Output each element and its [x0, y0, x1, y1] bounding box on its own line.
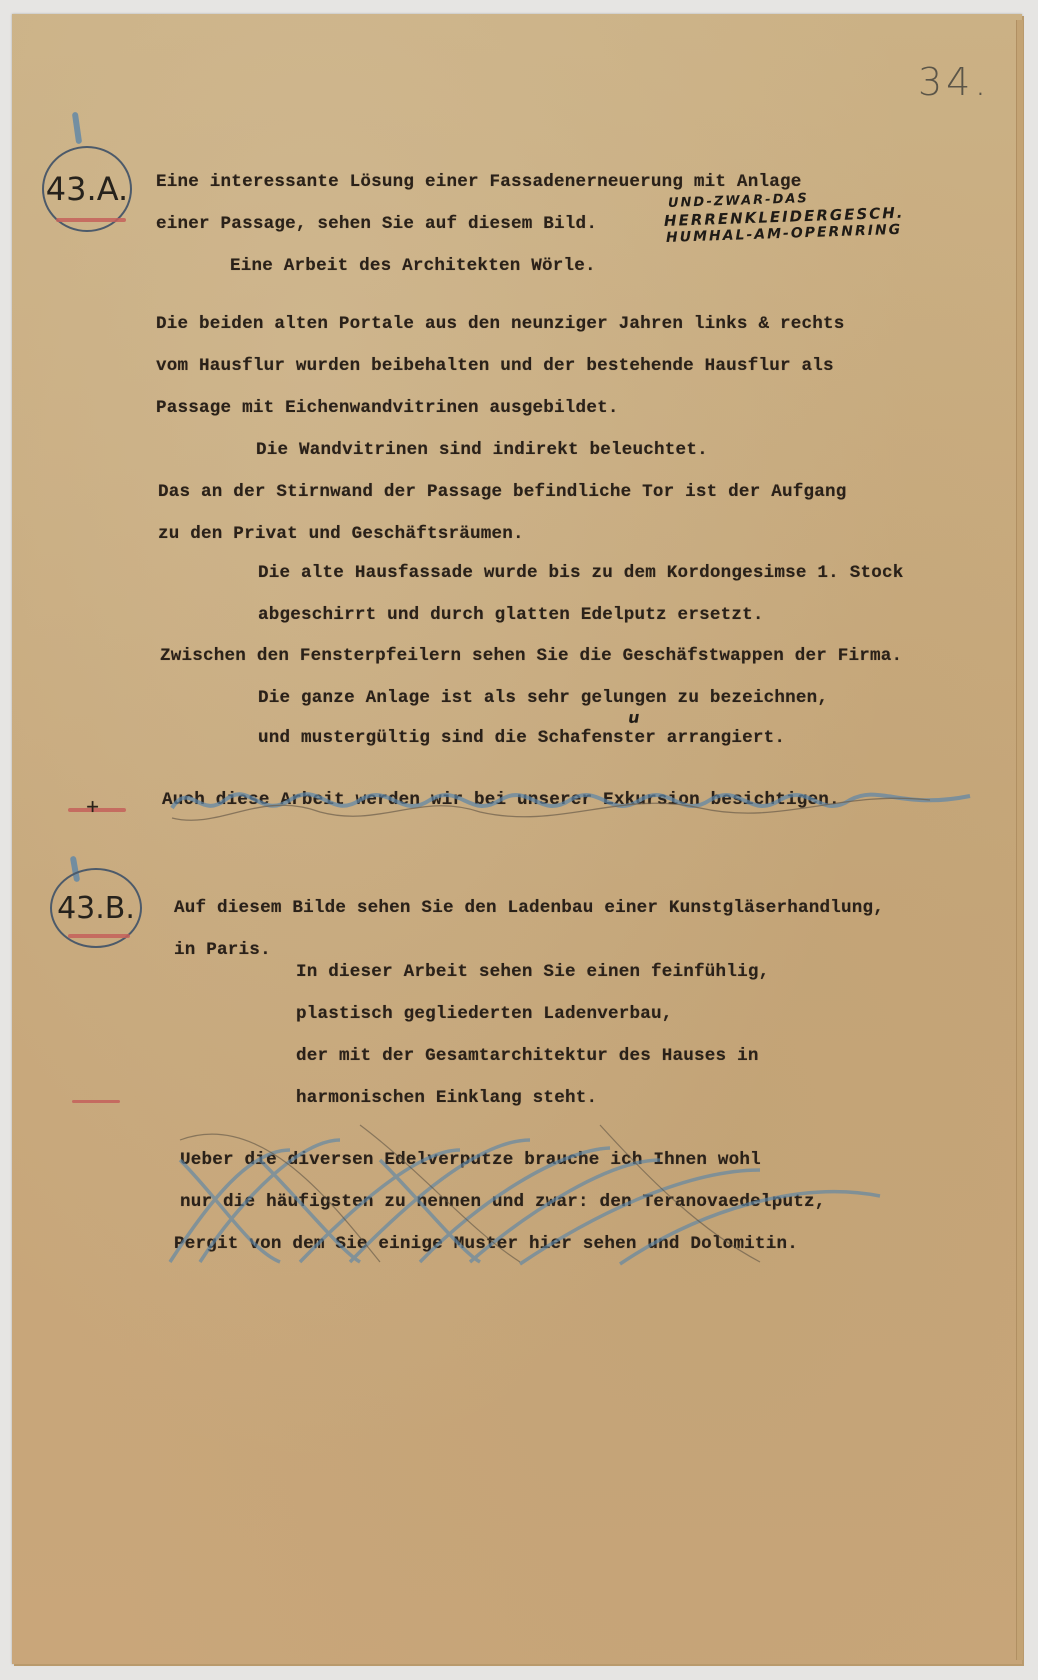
text-line: Die ganze Anlage ist als sehr gelungen z… — [258, 688, 828, 708]
section-a-label-text: 43.A. — [46, 170, 128, 208]
struck-line-marker: + — [86, 796, 99, 821]
text-line: Eine Arbeit des Architekten Wörle. — [230, 256, 596, 276]
text-line: Die Wandvitrinen sind indirekt beleuchte… — [256, 440, 708, 460]
text-line: Die beiden alten Portale aus den neunzig… — [156, 314, 845, 334]
text-line: Das an der Stirnwand der Passage befindl… — [158, 482, 847, 502]
red-underline-b — [68, 934, 130, 938]
text-line: plastisch gegliederten Ladenverbau, — [296, 1004, 673, 1024]
text-line: vom Hausflur wurden beibehalten und der … — [156, 356, 834, 376]
struck-text-line: Auch diese Arbeit werden wir bei unserer… — [162, 790, 840, 810]
text-line: und mustergültig sind die Schafenster ar… — [258, 728, 785, 748]
red-underline-a — [56, 218, 126, 222]
text-line: harmonischen Einklang steht. — [296, 1088, 597, 1108]
text-line: einer Passage, sehen Sie auf diesem Bild… — [156, 214, 597, 234]
text-line: zu den Privat und Geschäftsräumen. — [158, 524, 524, 544]
text-line: Eine interessante Lösung einer Fassadene… — [156, 172, 801, 192]
text-line: Zwischen den Fensterpfeilern sehen Sie d… — [160, 646, 902, 666]
text-line: Passage mit Eichenwandvitrinen ausgebild… — [156, 398, 619, 418]
struck-text-line: Ueber die diversen Edelverputze brauche … — [180, 1150, 761, 1170]
struck-text-line: Pergit von dem Sie einige Muster hier se… — [174, 1234, 798, 1254]
page-number: 34. — [918, 60, 990, 104]
text-line: Auf diesem Bilde sehen Sie den Ladenbau … — [174, 898, 884, 918]
text-line: in Paris. — [174, 940, 271, 960]
text-line: der mit der Gesamtarchitektur des Hauses… — [296, 1046, 759, 1066]
text-line: Die alte Hausfassade wurde bis zu dem Ko… — [258, 563, 903, 583]
red-mark-b — [72, 1100, 120, 1103]
struck-text-line: nur die häufigsten zu nennen und zwar: d… — [180, 1192, 825, 1212]
text-line: In dieser Arbeit sehen Sie einen feinfüh… — [296, 962, 769, 982]
handwritten-insertion: u — [628, 708, 642, 727]
page-edge — [1016, 20, 1023, 1660]
section-b-label-text: 43.B. — [57, 891, 135, 926]
text-line: abgeschirrt und durch glatten Edelputz e… — [258, 605, 764, 625]
